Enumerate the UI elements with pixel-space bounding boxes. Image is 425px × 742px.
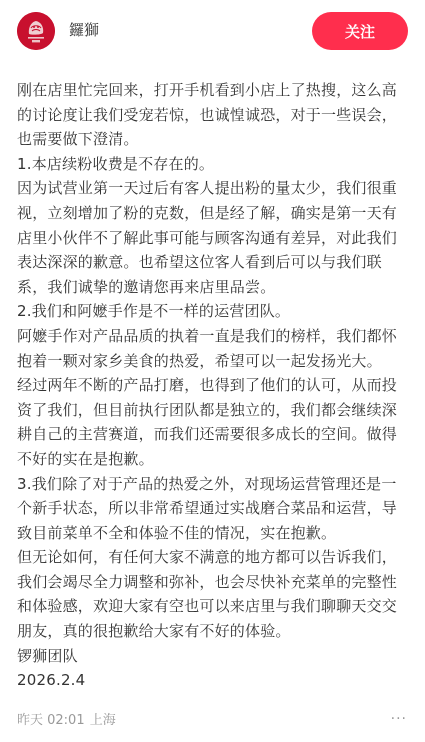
post-paragraph-point-2-body-b: 经过两年不断的产品打磨，也得到了他们的认可，从而投资了我们，但目前执行团队都是独…: [17, 373, 409, 471]
post-location: 上海: [90, 713, 116, 728]
lion-logo-icon: [17, 12, 55, 50]
post-paragraph-point-1-body: 因为试营业第一天过后有客人提出粉的量太少，我们很重视，立刻增加了粉的克数，但是经…: [17, 176, 409, 299]
post-paragraph-intro: 刚在店里忙完回来，打开手机看到小店上了热搜，这么高的讨论度让我们受宠若惊，也诚惶…: [17, 78, 409, 152]
follow-button[interactable]: 关注: [312, 12, 408, 50]
post-paragraph-point-3: 3.我们除了对于产品的热爱之外，对现场运营管理还是一个新手状态，所以非常希望通过…: [17, 472, 409, 546]
post-paragraph-point-2-title: 2.我们和阿嬷手作是不一样的运营团队。: [17, 299, 409, 324]
post-date: 2026.2.4: [17, 668, 409, 693]
author-name[interactable]: 鑼獅: [69, 20, 99, 40]
post-signature: 锣狮团队: [17, 644, 409, 669]
post-paragraph-point-1-title: 1.本店续粉收费是不存在的。: [17, 152, 409, 177]
post-time: 昨天 02:01: [17, 713, 85, 728]
avatar[interactable]: [17, 12, 55, 50]
post-footer: 昨天 02:01 上海 ···: [17, 709, 409, 729]
post-paragraph-point-2-body-a: 阿嬷手作对产品品质的执着一直是我们的榜样，我们都怀抱着一颗对家乡美食的热爱，希望…: [17, 324, 409, 373]
post-header: 鑼獅 关注: [0, 0, 425, 66]
post-content: 刚在店里忙完回来，打开手机看到小店上了热搜，这么高的讨论度让我们受宠若惊，也诚惶…: [17, 78, 409, 693]
more-dots-icon[interactable]: ···: [391, 709, 407, 729]
post-paragraph-closing: 但无论如何，有任何大家不满意的地方都可以告诉我们，我们会竭尽全力调整和弥补，也会…: [17, 545, 409, 643]
